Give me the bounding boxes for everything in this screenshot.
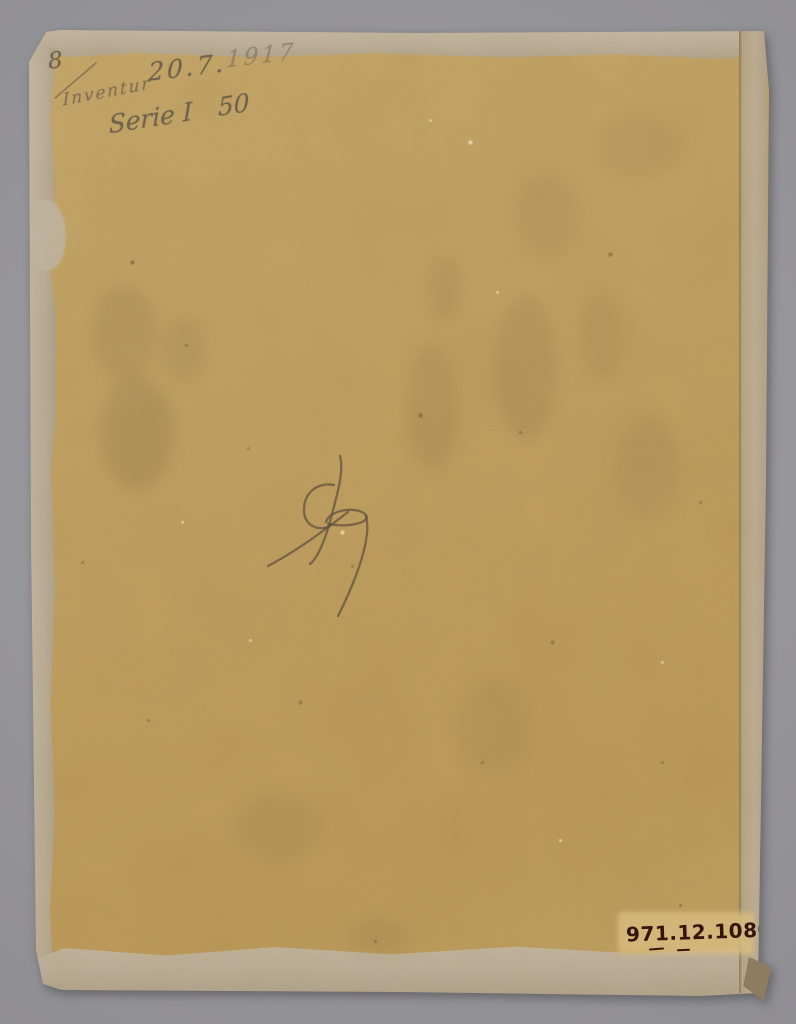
pencil-series-label: Serie I [109, 97, 193, 139]
catalog-number: 971.12.1080 [626, 917, 773, 946]
stain [100, 375, 174, 490]
stain [92, 285, 156, 380]
card-shadow-wrapper: 8 Inventur 20.7. 1917 Serie I 50 971.12.… [0, 0, 796, 1024]
stain [495, 295, 557, 440]
tape-strip-right [739, 31, 767, 993]
stain [428, 255, 462, 321]
pencil-monogram-icon [230, 430, 430, 630]
pencil-series-number: 50 [218, 88, 250, 122]
stain [345, 920, 409, 954]
tape-strip-left [29, 40, 56, 986]
light-fibre-flecks [0, 0, 1, 1]
stain [162, 318, 206, 382]
stain [595, 115, 679, 179]
stain [580, 295, 624, 381]
stain [235, 795, 319, 859]
stain [515, 175, 579, 259]
dark-specks [0, 0, 1, 1]
tape-strip-top [34, 26, 766, 59]
pencil-inscription-date: 20.7. [148, 48, 227, 87]
tape-patch-left [30, 200, 66, 270]
stain [615, 415, 679, 519]
stain [455, 680, 529, 774]
photo-card-verso: 8 Inventur 20.7. 1917 Serie I 50 971.12.… [0, 0, 796, 1024]
